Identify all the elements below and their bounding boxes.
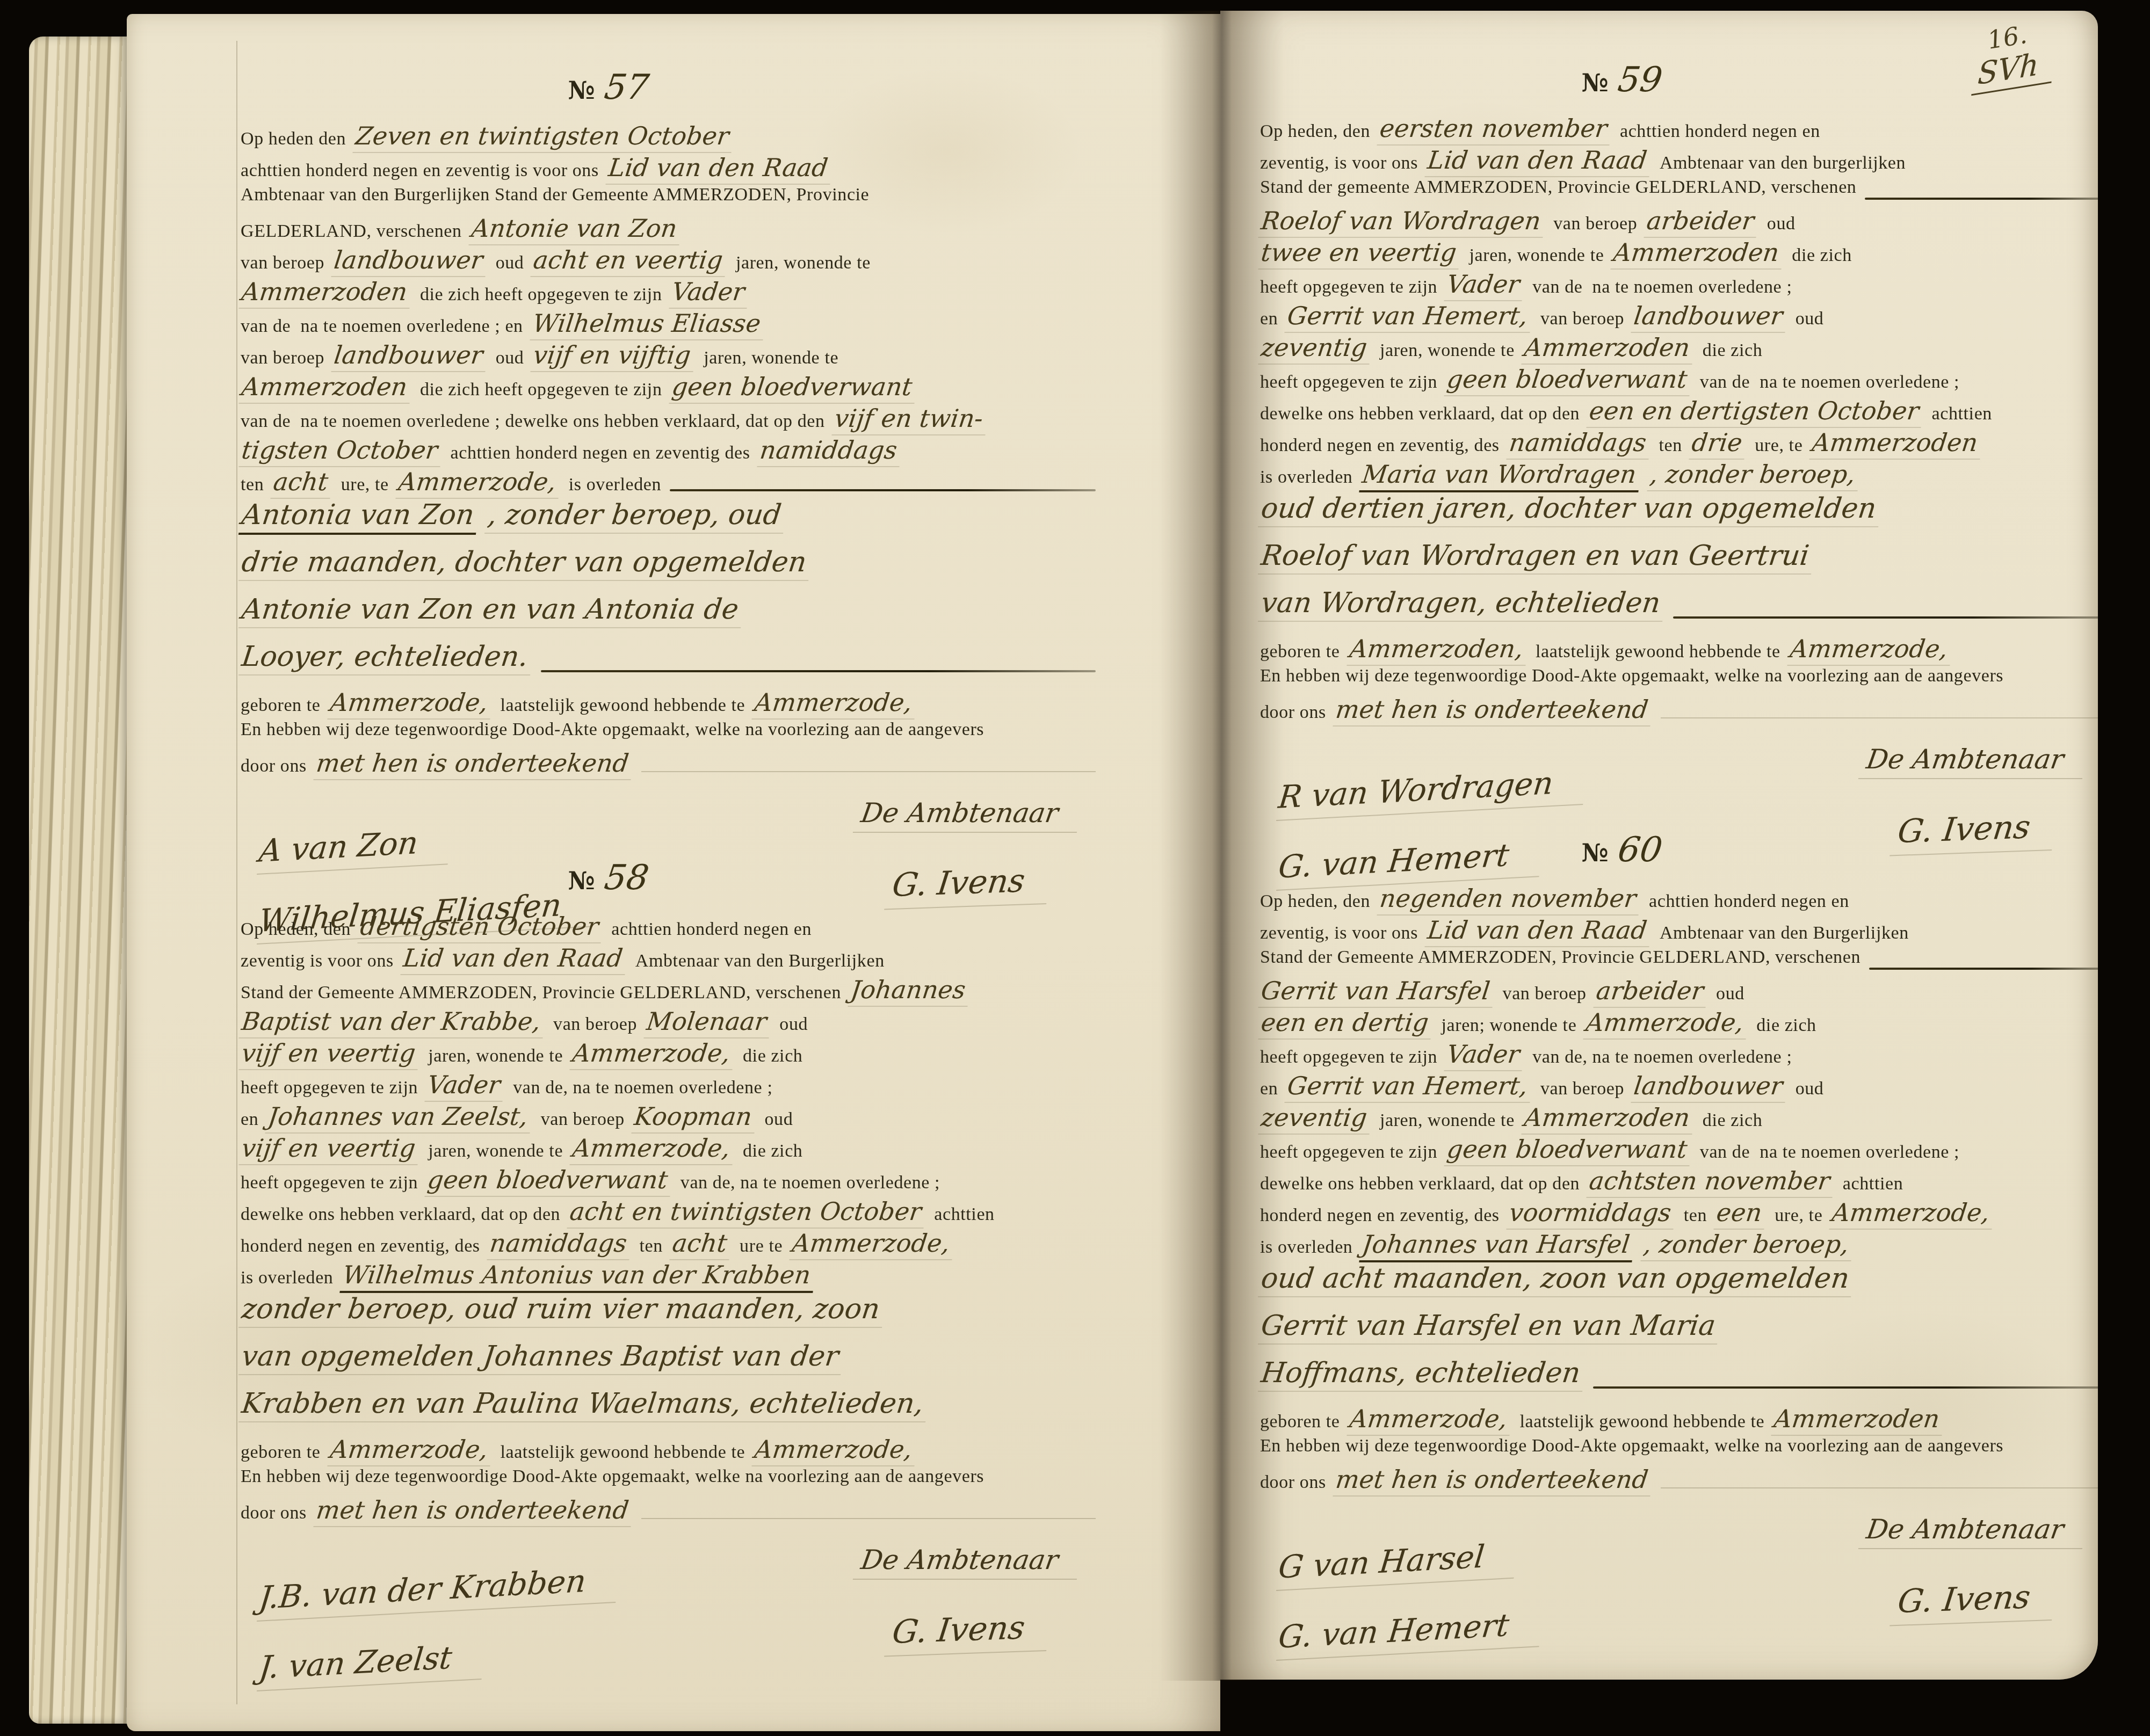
handwritten-text: Roelof van Wordragen [1258,206,1547,238]
handwritten-text: vijf en veertig [238,1134,421,1165]
handwritten-text: twee en veertig [1258,238,1463,270]
printed-text: ure, te [1775,1205,1822,1226]
handwritten-text: voormiddags [1506,1198,1677,1230]
printed-text: en [241,1109,258,1130]
handwritten-text: Gerrit van Hemert, [1285,301,1534,333]
handwritten-text: Krabben en van Paulina Waelmans, echteli… [238,1388,930,1422]
printed-text: Op heden den [241,129,346,149]
handwritten-text: namiddags [487,1229,633,1260]
form-line: enGerrit van Hemert,van beroeplandbouwer… [1260,1071,2098,1103]
numero-symbol: № [568,76,596,105]
handwritten-text: , zonder beroep, [1647,460,1862,491]
handwritten-text: Ammerzoden [238,372,413,404]
printed-text: door ons [241,756,307,776]
printed-text: die zich heeft opgegeven te zijn [420,380,662,400]
printed-text: geboren te [241,1442,321,1463]
printed-text: achttien [934,1204,994,1225]
numero-symbol: № [1582,68,1610,97]
form-line: enJohannes van Zeelst,van beroepKoopmano… [241,1102,1096,1134]
printed-text: achttien honderd negen en [1620,121,1820,142]
printed-text: laatstelijk gewoond hebbende te [1519,1412,1764,1432]
printed-text: Op heden, den [1260,121,1370,142]
form-line: heeft opgegeven te zijnVadervan de na te… [1260,270,2098,301]
form-line: van beroeplandbouweroudacht en veertigja… [241,245,1096,277]
informant-signature: G. van Hemert [1276,1605,1543,1661]
form-line: geboren teAmmerzode,laatstelijk gewoond … [241,688,1096,720]
handwritten-text: Gerrit van Harsfel [1258,976,1496,1008]
printed-text: van de na te noemen overledene ; [1700,372,1959,393]
form-line: door onsmet hen is onderteekend [241,749,1096,780]
handwritten-text: geen bloedverwant [424,1165,674,1197]
register-book-photo: №57Op heden denZeven en twintigsten Octo… [0,0,2150,1736]
handwritten-text: een en dertig [1258,1008,1435,1040]
handwritten-text: met hen is onderteekend [313,749,634,780]
printed-text: die zich [743,1141,802,1161]
act-number-value: 57 [602,68,651,107]
form-line: is overledenMaria van Wordragen, zonder … [1260,460,2098,492]
printed-text: achttien honderd negen en [611,919,812,940]
printed-text: heeft opgegeven te zijn [1260,1047,1437,1067]
form-line: Gerrit van Harsfel en van Maria [1260,1310,2098,1357]
printed-text: van beroep [1553,214,1637,234]
form-line: zeventig is voor onsLid van den RaadAmbt… [241,943,1096,975]
handwritten-text: zeventig [1258,333,1373,365]
printed-text: van beroep [1503,984,1587,1004]
left-page: №57Op heden denZeven en twintigsten Octo… [127,14,1220,1731]
handwritten-text: Ammerzoden, [1347,634,1529,666]
handwritten-text: Wilhelmus Eliasse [530,309,766,340]
form-line: Gerrit van Harsfelvan beroeparbeideroud [1260,976,2098,1008]
form-line: honderd negen en zeventig, desnamiddagst… [1260,428,2098,460]
printed-text: heeft opgegeven te zijn [1260,372,1437,393]
form-line: geboren teAmmerzoden,laatstelijk gewoond… [1260,634,2098,666]
handwritten-text: Lid van den Raad [1424,916,1653,947]
printed-text: heeft opgegeven te zijn [1260,1142,1437,1163]
handwritten-text: tigsten October [238,435,444,467]
printed-text: achttien honderd negen en zeventig des [451,443,750,463]
blank-rule [641,1518,1096,1519]
printed-text: heeft opgegeven te zijn [241,1173,418,1193]
act-number-value: 59 [1615,60,1664,100]
form-line: oud dertien jaren, dochter van opgemelde… [1260,492,2098,540]
handwritten-text: , zonder beroep, [1640,1230,1855,1261]
printed-text: oud [1796,1079,1824,1099]
handwritten-text: Ammerzode, [1787,634,1953,666]
printed-text: door ons [241,1503,307,1523]
printed-text: laatstelijk gewoond hebbende te [500,1442,745,1463]
ink-rule [1865,198,2098,200]
numero-symbol: № [568,866,596,895]
right-page: 16. SVh №59Op heden, deneersten november… [1220,11,2098,1680]
printed-text: oud [1716,984,1744,1004]
signature-block: G van HarselG. van HemertDe AmbtenaarG. … [1260,1510,2098,1661]
informant-signature: R van Wordragen [1276,763,1587,821]
handwritten-text: met hen is onderteekend [1333,1465,1654,1497]
ink-rule [1593,1386,2098,1389]
form-line: Stand der Gemeente AMMERZODEN, Provincie… [241,975,1096,1007]
form-line: heeft opgegeven te zijngeen bloedverwant… [241,1165,1096,1197]
handwritten-text: arbeider [1644,206,1761,238]
printed-text: dewelke ons hebben verklaard, dat op den [1260,1174,1580,1194]
handwritten-text: Vader [1444,270,1525,301]
printed-text: ten [639,1236,662,1256]
printed-text: geboren te [241,695,321,716]
death-act-59: №59Op heden, deneersten novemberachttien… [1260,60,2098,891]
printed-text: ure, te [1755,435,1802,456]
registrar-title-text: De Ambtenaar [853,1544,1082,1580]
printed-text: ten [241,475,264,495]
printed-text: van de na te noemen overledene ; [1700,1142,1959,1163]
ink-rule [541,670,1096,672]
printed-text: jaren, wonende te [704,348,838,368]
right-page-content: №59Op heden, deneersten novemberachttien… [1260,11,2098,1680]
handwritten-text: Antonie van Zon en van Antonia de [238,593,745,628]
printed-text: geboren te [1260,1412,1340,1432]
form-line: geboren teAmmerzode,laatstelijk gewoond … [1260,1404,2098,1436]
handwritten-text: landbouwer [331,340,489,372]
ink-rule [1673,616,2098,619]
handwritten-text: Ammerzoden [1521,1103,1696,1135]
handwritten-text: Gerrit van Hemert, [1285,1071,1534,1103]
handwritten-text: een [1713,1198,1768,1230]
printed-text: van beroep [241,253,324,273]
printed-text: Ambtenaar van den burgerlijken [1660,153,1906,173]
registrar-title: De Ambtenaar [856,1544,1080,1580]
deceased-name: Wilhelmus Antonius van der Krabben [340,1260,817,1293]
form-line: zeventigjaren, wonende teAmmerzodendie z… [1260,1103,2098,1135]
handwritten-text: Lid van den Raad [1424,146,1653,177]
printed-text: is overleden [1260,1237,1352,1258]
registrar-signature: G. Ivens [1861,1549,2085,1623]
printed-text: die zich [743,1046,802,1066]
form-line: van de na te noemen overledene ; enWilhe… [241,309,1096,340]
handwritten-text: met hen is onderteekend [313,1495,634,1527]
handwritten-text: Ammerzode, [790,1229,956,1260]
informant-signatures: J.B. van der KrabbenJ. van Zeelst [241,1541,616,1691]
handwritten-text: namiddags [1506,428,1652,460]
printed-text: laatstelijk gewoond hebbende te [500,695,745,716]
registrar-signature: G. Ivens [856,1580,1080,1654]
printed-text: van de na te noemen overledene ; en [241,316,523,337]
handwritten-text: drie maanden, dochter van opgemelden [238,546,813,581]
printed-text: van de, na te noemen overledene ; [1532,1047,1792,1067]
printed-text: door ons [1260,702,1326,723]
handwritten-text: Ammerzode, [327,1435,494,1466]
form-line: zeventig, is voor onsLid van den RaadAmb… [1260,916,2098,947]
registrar-title-text: De Ambtenaar [1858,1514,2088,1549]
printed-text: is overleden [241,1268,333,1288]
handwritten-text: Johannes van Zeelst, [265,1102,534,1134]
handwritten-text: achtsten november [1587,1166,1836,1198]
handwritten-text: geen bloedverwant [1444,1135,1693,1166]
printed-text: van beroep [553,1014,637,1035]
handwritten-text: Looyer, echtelieden. [238,641,534,675]
form-line: Stand der gemeente AMMERZODEN, Provincie… [1260,177,2098,206]
printed-text: zeventig, is voor ons [1260,923,1418,943]
printed-text: achttien honderd negen en [1649,891,1849,912]
form-line: een en dertigjaren; wonende teAmmerzode,… [1260,1008,2098,1040]
registrar-signature-text: G. Ivens [884,1608,1052,1657]
handwritten-text: met hen is onderteekend [1333,695,1654,727]
death-act-60: №60Op heden, dennegenden novemberachttie… [1260,830,2098,1661]
form-line: door onsmet hen is onderteekend [1260,695,2098,727]
printed-text: honderd negen en zeventig, des [241,1236,480,1256]
form-line: honderd negen en zeventig, desvoormiddag… [1260,1198,2098,1230]
handwritten-text: acht en veertig [531,245,729,277]
handwritten-text: Ammerzoden [1771,1404,1946,1436]
printed-text: oud [496,348,524,368]
handwritten-text: vijf en veertig [238,1038,421,1070]
form-line: door onsmet hen is onderteekend [1260,1465,2098,1497]
printed-text: Ambtenaar van den Burgerlijken Stand der… [241,185,869,205]
printed-text: oud [779,1014,808,1035]
handwritten-text: Ammerzode, [395,467,562,499]
form-line: Hoffmans, echtelieden [1260,1357,2098,1404]
act-number: №60 [1260,830,1983,876]
printed-text: En hebben wij deze tegenwoordige Dood-Ak… [241,1466,984,1487]
handwritten-text: oud acht maanden, zoon van opgemelden [1258,1262,1855,1297]
form-line: En hebben wij deze tegenwoordige Dood-Ak… [241,1466,1096,1495]
form-line: is overledenWilhelmus Antonius van der K… [241,1260,1096,1293]
form-line: En hebben wij deze tegenwoordige Dood-Ak… [241,720,1096,749]
handwritten-text: Ammerzode, [569,1038,736,1070]
form-line: Ammerzodendie zich heeft opgegeven te zi… [241,372,1096,404]
printed-text: van de, na te noemen overledene ; [681,1173,940,1193]
printed-text: en [1260,1079,1278,1099]
act-number-value: 60 [1615,830,1664,870]
form-line: Roelof van Wordragenvan beroeparbeiderou… [1260,206,2098,238]
informant-signature: J.B. van der Krabben [257,1560,620,1622]
form-line: heeft opgegeven te zijnVadervan de, na t… [241,1070,1096,1102]
registrar-title: De Ambtenaar [1861,1514,2085,1549]
printed-text: van de, na te noemen overledene ; [513,1078,772,1098]
handwritten-text: Lid van den Raad [605,153,834,185]
form-line: Stand der Gemeente AMMERZODEN, Provincie… [1260,947,2098,976]
form-line: vijf en veertigjaren, wonende teAmmerzod… [241,1038,1096,1070]
form-line: vijf en veertigjaren, wonende teAmmerzod… [241,1134,1096,1165]
printed-text: Ambtenaar van den Burgerlijken [1660,923,1909,943]
handwritten-text: Zeven en twintigsten October [352,121,735,153]
handwritten-text: Ammerzoden [1809,428,1984,460]
left-page-content: №57Op heden denZeven en twintigsten Octo… [241,14,1096,1731]
registrar-signature-block: De AmbtenaarG. Ivens [856,1541,1080,1691]
form-line: geboren teAmmerzode,laatstelijk gewoond … [241,1435,1096,1466]
printed-text: jaren, wonende te [1380,1110,1515,1131]
printed-text: Stand der gemeente AMMERZODEN, Provincie… [1260,177,1856,198]
handwritten-text: Hoffmans, echtelieden [1258,1357,1587,1392]
printed-text: Ambtenaar van den Burgerlijken [635,951,885,971]
form-line: tigsten Octoberachttien honderd negen en… [241,435,1096,467]
handwritten-text: oud dertien jaren, dochter van opgemelde… [1258,492,1883,527]
handwritten-text: Antonie van Zon [468,214,683,245]
death-act-58: №58Op heden, dendertigsten Octoberachtti… [241,858,1096,1691]
form-line: tenachture, teAmmerzode,is overleden [241,467,1096,499]
informant-signatures: G van HarselG. van Hemert [1260,1510,1539,1661]
act-number-value: 58 [602,858,651,898]
handwritten-text: Lid van den Raad [400,943,628,975]
form-line: achttien honderd negen en zeventig is vo… [241,153,1096,185]
registrar-title: De Ambtenaar [1861,744,2085,779]
handwritten-text: Johannes [848,975,972,1007]
handwritten-text: Ammerzode, [1829,1198,1996,1230]
form-line: Ambtenaar van den Burgerlijken Stand der… [241,185,1096,214]
informant-signature: G van Harsel [1276,1536,1518,1591]
form-line: Krabben en van Paulina Waelmans, echteli… [241,1388,1096,1435]
form-line: heeft opgegeven te zijnVadervan de, na t… [1260,1040,2098,1071]
printed-text: heeft opgegeven te zijn [241,1078,418,1098]
death-act-57: №57Op heden denZeven en twintigsten Octo… [241,68,1096,945]
form-line: heeft opgegeven te zijngeen bloedverwant… [1260,1135,2098,1166]
form-line: dewelke ons hebben verklaard, dat op den… [241,1197,1096,1229]
printed-text: En hebben wij deze tegenwoordige Dood-Ak… [241,720,984,740]
printed-text: van beroep [541,1109,625,1130]
printed-text: jaren, wonende te [428,1141,563,1161]
printed-text: die zich [1756,1015,1816,1036]
registrar-title-text: De Ambtenaar [853,797,1082,833]
printed-text: dewelke ons hebben verklaard, dat op den [241,1204,560,1225]
form-line: twee en veertigjaren, wonende teAmmerzod… [1260,238,2098,270]
handwritten-text: Ammerzoden [238,277,413,309]
registrar-signature-block: De AmbtenaarG. Ivens [1861,1510,2085,1661]
handwritten-text: geen bloedverwant [1444,365,1693,396]
form-line: Ammerzodendie zich heeft opgegeven te zi… [241,277,1096,309]
printed-text: oud [1796,309,1824,329]
printed-text: achttien [1932,404,1992,424]
printed-text: jaren; wonende te [1441,1015,1576,1036]
handwritten-text: van Wordragen, echtelieden [1258,587,1667,622]
printed-text: geboren te [1260,642,1340,662]
handwritten-text: Vader [424,1070,506,1102]
printed-text: is overleden [569,475,661,495]
form-line: oud acht maanden, zoon van opgemelden [1260,1262,2098,1310]
handwritten-text: Ammerzode, [327,688,494,720]
handwritten-text: Ammerzode, [752,688,918,720]
informant-signature: J. van Zeelst [257,1638,486,1691]
handwritten-text: arbeider [1593,976,1710,1008]
handwritten-text: landbouwer [331,245,489,277]
stacked-page-edges [29,37,129,1724]
form-line: En hebben wij deze tegenwoordige Dood-Ak… [1260,666,2098,695]
printed-text: oud [1767,214,1796,234]
printed-text: van de na te noemen overledene ; dewelke… [241,411,825,432]
form-line: van opgemelden Johannes Baptist van der [241,1340,1096,1388]
blank-rule [1661,717,2098,718]
form-line: zeventig, is voor onsLid van den RaadAmb… [1260,146,2098,177]
act-number: №59 [1260,60,1983,106]
form-line: honderd negen en zeventig, desnamiddagst… [241,1229,1096,1260]
handwritten-text: Ammerzode, [569,1134,736,1165]
form-line: Roelof van Wordragen en van Geertrui [1260,540,2098,587]
form-line: heeft opgegeven te zijngeen bloedverwant… [1260,365,2098,396]
registrar-title-text: De Ambtenaar [1858,744,2088,779]
printed-text: honderd negen en zeventig, des [1260,1205,1500,1226]
margin-rule-left-page [236,41,237,1704]
printed-text: Stand der Gemeente AMMERZODEN, Provincie… [241,983,841,1003]
form-line: is overledenJohannes van Harsfel, zonder… [1260,1230,2098,1262]
form-line: Op heden denZeven en twintigsten October [241,121,1096,153]
printed-text: ure, te [341,475,389,495]
handwritten-text: van opgemelden Johannes Baptist van der [238,1340,845,1375]
printed-text: ten [1684,1205,1707,1226]
handwritten-text: namiddags [757,435,903,467]
handwritten-text: Ammerzode, [752,1435,918,1466]
form-line: zonder beroep, oud ruim vier maanden, zo… [241,1293,1096,1340]
handwritten-text: Roelof van Wordragen en van Geertrui [1258,540,1815,575]
handwritten-text: Ammerzoden [1521,333,1696,365]
form-line: van de na te noemen overledene ; dewelke… [241,404,1096,435]
printed-text: die zich [1703,340,1762,361]
form-line: Looyer, echtelieden. [241,641,1096,688]
form-line: Op heden, dendertigsten Octoberachttien … [241,912,1096,943]
printed-text: oud [764,1109,793,1130]
handwritten-text: een en dertigsten October [1587,396,1925,428]
printed-text: ure te [740,1236,783,1256]
handwritten-text: eersten november [1377,114,1613,146]
printed-text: van beroep [241,348,324,368]
numero-symbol: № [1582,838,1610,867]
handwritten-text: Gerrit van Harsfel en van Maria [1258,1310,1721,1345]
deceased-name: Antonia van Zon [238,499,480,535]
form-line: enGerrit van Hemert,van beroeplandbouwer… [1260,301,2098,333]
blank-rule [1661,1487,2098,1488]
printed-text: van de na te noemen overledene ; [1532,277,1792,297]
form-line: van Wordragen, echtelieden [1260,587,2098,634]
handwritten-text: Ammerzoden [1611,238,1785,270]
handwritten-text: , zonder beroep, oud [484,499,787,534]
handwritten-text: drie [1689,428,1748,460]
form-line: Op heden, deneersten novemberachttien ho… [1260,114,2098,146]
handwritten-text: dertigsten October [358,912,605,943]
handwritten-text: landbouwer [1631,1071,1789,1103]
printed-text: Op heden, den [1260,891,1370,912]
handwritten-text: Baptist van der Krabbe, [238,1007,546,1038]
form-line: En hebben wij deze tegenwoordige Dood-Ak… [1260,1436,2098,1465]
printed-text: die zich [1792,245,1851,266]
handwritten-text: acht en twintigsten October [567,1197,928,1229]
handwritten-text: Molenaar [644,1007,773,1038]
handwritten-text: Ammerzode, [1347,1404,1513,1436]
ink-rule [1869,968,2098,970]
handwritten-text: Ammerzode, [1583,1008,1750,1040]
act-number: №57 [241,68,976,114]
printed-text: jaren, wonende te [736,253,871,273]
printed-text: van beroep [1540,309,1624,329]
deceased-name: Johannes van Harsfel [1359,1230,1636,1262]
handwritten-text: vijf en twin- [831,404,989,435]
printed-text: dewelke ons hebben verklaard, dat op den [1260,404,1580,424]
handwritten-text: acht [669,1229,733,1260]
printed-text: achttien honderd negen en zeventig is vo… [241,161,599,181]
printed-text: En hebben wij deze tegenwoordige Dood-Ak… [1260,1436,2003,1456]
handwritten-text: zeventig [1258,1103,1373,1135]
deceased-name: Maria van Wordragen [1359,460,1642,492]
printed-text: GELDERLAND, verschenen [241,221,462,242]
printed-text: honderd negen en zeventig, des [1260,435,1500,456]
printed-text: En hebben wij deze tegenwoordige Dood-Ak… [1260,666,2003,686]
handwritten-text: landbouwer [1631,301,1789,333]
printed-text: achttien [1843,1174,1903,1194]
registrar-signature-text: G. Ivens [1890,1578,2057,1626]
form-line: van beroeplandbouweroudvijf en vijftigja… [241,340,1096,372]
printed-text: Op heden, den [241,919,351,940]
signature-block: J.B. van der KrabbenJ. van ZeelstDe Ambt… [241,1541,1096,1691]
printed-text: die zich heeft opgegeven te zijn [420,285,662,305]
printed-text: is overleden [1260,467,1352,488]
printed-text: zeventig is voor ons [241,951,394,971]
printed-text: Stand der Gemeente AMMERZODEN, Provincie… [1260,947,1861,968]
form-line: drie maanden, dochter van opgemelden [241,546,1096,593]
handwritten-text: Vader [1444,1040,1525,1071]
